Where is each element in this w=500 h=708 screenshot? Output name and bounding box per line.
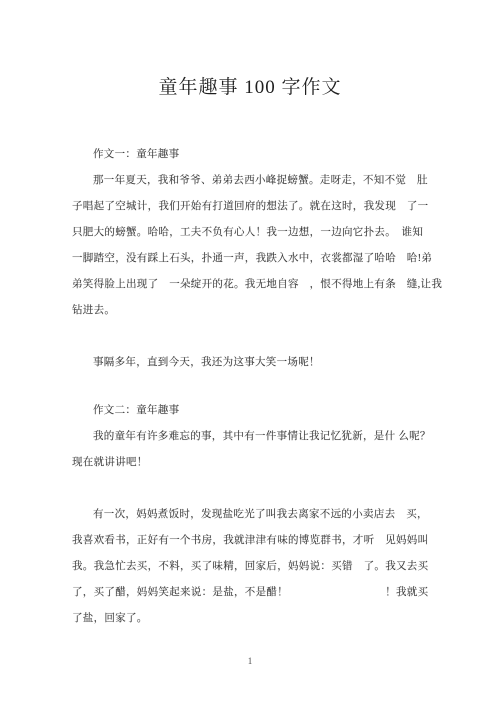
text-line: 我。我急忙去买，不料，买了味精，回家后，妈妈说：买错 了。我又去买 xyxy=(72,554,428,580)
essay1-heading: 作文一：童年趣事 xyxy=(72,142,428,168)
document-content: 童年趣事 100 字作文 作文一：童年趣事 那一年夏天，我和爷爷、弟弟去西小峰捉… xyxy=(0,0,500,674)
text-line: 一脚踏空，没有踩上石头，扑通一声，我跌入水中，衣裳都湿了哈哈 哈!弟 xyxy=(72,246,428,272)
document-title: 童年趣事 100 字作文 xyxy=(72,0,428,104)
text-line: 现在就讲讲吧！ xyxy=(72,450,428,476)
essay1-paragraph1: 那一年夏天，我和爷爷、弟弟去西小峰捉螃蟹。走呀走，不知不觉 肚 子唱起了空城计，… xyxy=(72,168,428,324)
essay2-heading: 作文二：童年趣事 xyxy=(72,398,428,424)
text-line: 事隔多年，直到今天，我还为这事大笑一场呢！ xyxy=(72,350,428,376)
text-line: 弟笑得脸上出现了 一朵绽开的花。我无地自容 ，恨不得地上有条 缝,让我 xyxy=(72,272,428,298)
text-line: 有一次，妈妈煮饭时，发现盐吃光了叫我去离家不远的小卖店去 买， xyxy=(72,502,428,528)
text-line: 我的童年有许多难忘的事，其中有一件事情让我记忆犹新，是什 么呢？ xyxy=(72,424,428,450)
essay2-paragraph1: 我的童年有许多难忘的事，其中有一件事情让我记忆犹新，是什 么呢？ 现在就讲讲吧！ xyxy=(72,424,428,476)
document-page: 童年趣事 100 字作文 作文一：童年趣事 那一年夏天，我和爷爷、弟弟去西小峰捉… xyxy=(0,0,500,708)
page-number: 1 xyxy=(72,648,428,674)
essay1-paragraph2: 事隔多年，直到今天，我还为这事大笑一场呢！ xyxy=(72,350,428,376)
text-line: 子唱起了空城计，我们开始有打道回府的想法了。就在这时，我发现 了一 xyxy=(72,194,428,220)
text-line: 了盐，回家了。 xyxy=(72,606,428,632)
text-line: 了，买了醋，妈妈笑起来说：是盐，不是醋！ ！我就买 xyxy=(72,580,428,606)
text-line: 那一年夏天，我和爷爷、弟弟去西小峰捉螃蟹。走呀走，不知不觉 肚 xyxy=(72,168,428,194)
text-line: 我喜欢看书，正好有一个书房，我就津津有味的博览群书，才听 见妈妈叫 xyxy=(72,528,428,554)
text-line: 钻进去。 xyxy=(72,298,428,324)
essay2-paragraph2: 有一次，妈妈煮饭时，发现盐吃光了叫我去离家不远的小卖店去 买， 我喜欢看书，正好… xyxy=(72,502,428,632)
text-line: 只肥大的螃蟹。哈哈，工夫不负有心人！我一边想，一边向它扑去。 谁知 xyxy=(72,220,428,246)
